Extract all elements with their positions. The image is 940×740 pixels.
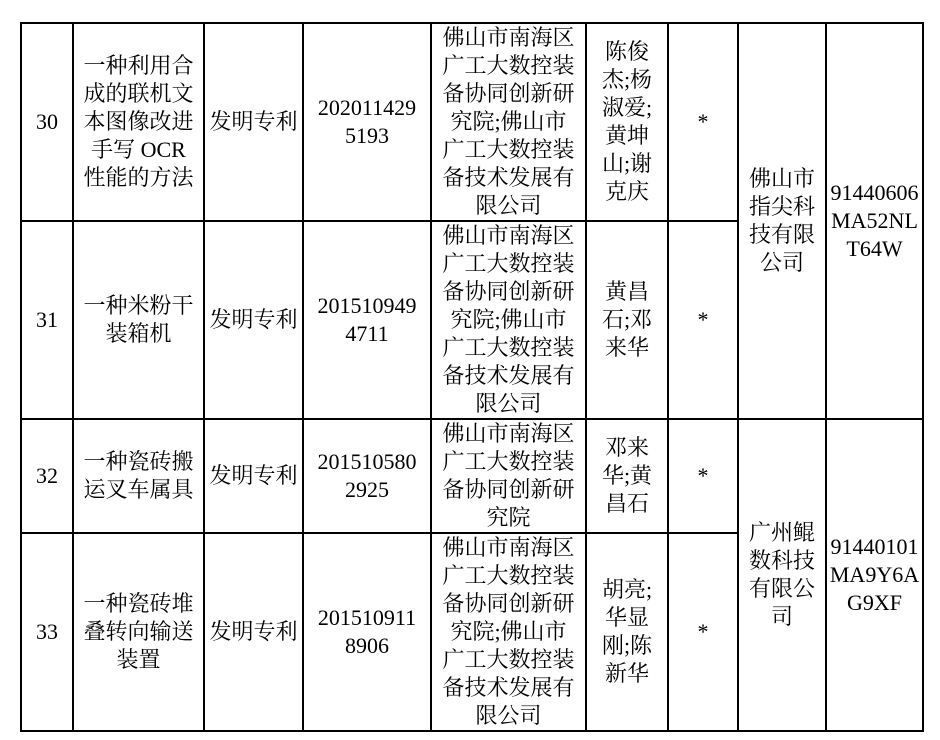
mark-asterisk: * xyxy=(668,533,738,731)
inventors: 陈俊杰;杨淑爱;黄坤山;谢克庆 xyxy=(586,23,668,221)
inventors: 胡亮;华显刚;陈新华 xyxy=(586,533,668,731)
company-name: 佛山市指尖科技有限公司 xyxy=(738,23,826,419)
applicant: 佛山市南海区广工大数控装备协同创新研究院;佛山市广工大数控装备技术发展有限公司 xyxy=(431,23,586,221)
mark-asterisk: * xyxy=(668,419,738,533)
mark-asterisk: * xyxy=(668,221,738,419)
patent-number: 2020114295193 xyxy=(303,23,431,221)
applicant: 佛山市南海区广工大数控装备协同创新研究院 xyxy=(431,419,586,533)
credit-code: 91440101MA9Y6AG9XF xyxy=(826,419,923,731)
applicant: 佛山市南海区广工大数控装备协同创新研究院;佛山市广工大数控装备技术发展有限公司 xyxy=(431,533,586,731)
table-row-32: 32 一种瓷砖搬运叉车属具 发明专利 2015105802925 佛山市南海区广… xyxy=(21,419,923,533)
company-name: 广州鲲数科技有限公司 xyxy=(738,419,826,731)
row-index: 31 xyxy=(21,221,73,419)
credit-code: 91440606MA52NLT64W xyxy=(826,23,923,419)
inventors: 黄昌石;邓来华 xyxy=(586,221,668,419)
inventors: 邓来华;黄昌石 xyxy=(586,419,668,533)
mark-asterisk: * xyxy=(668,23,738,221)
patent-number: 2015109118906 xyxy=(303,533,431,731)
row-index: 32 xyxy=(21,419,73,533)
document-page: 30 一种利用合成的联机文本图像改进手写 OCR 性能的方法 发明专利 2020… xyxy=(0,0,940,740)
applicant: 佛山市南海区广工大数控装备协同创新研究院;佛山市广工大数控装备技术发展有限公司 xyxy=(431,221,586,419)
patent-title: 一种米粉干装箱机 xyxy=(73,221,204,419)
patent-title: 一种利用合成的联机文本图像改进手写 OCR 性能的方法 xyxy=(73,23,204,221)
row-index: 33 xyxy=(21,533,73,731)
table-row-30: 30 一种利用合成的联机文本图像改进手写 OCR 性能的方法 发明专利 2020… xyxy=(21,23,923,221)
patent-title: 一种瓷砖搬运叉车属具 xyxy=(73,419,204,533)
patent-title: 一种瓷砖堆叠转向输送装置 xyxy=(73,533,204,731)
patent-table: 30 一种利用合成的联机文本图像改进手写 OCR 性能的方法 发明专利 2020… xyxy=(20,22,924,732)
patent-type: 发明专利 xyxy=(204,23,303,221)
row-index: 30 xyxy=(21,23,73,221)
patent-type: 发明专利 xyxy=(204,419,303,533)
patent-number: 2015105802925 xyxy=(303,419,431,533)
patent-type: 发明专利 xyxy=(204,221,303,419)
patent-number: 2015109494711 xyxy=(303,221,431,419)
patent-type: 发明专利 xyxy=(204,533,303,731)
